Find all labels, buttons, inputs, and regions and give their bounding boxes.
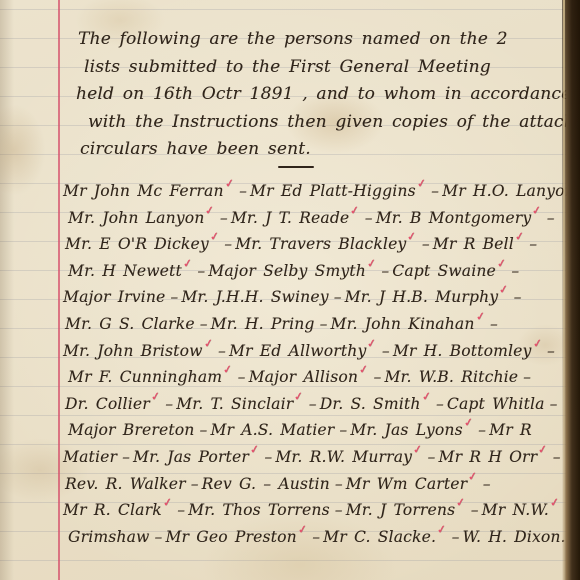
dash-separator: – — [312, 528, 320, 546]
name-line: Mr. H Newett✓–Major Selby Smyth✓–Capt Sw… — [68, 259, 568, 286]
name-entry: Capt Swaine — [392, 262, 496, 280]
dash-separator: – — [238, 368, 246, 386]
dash-separator: – — [335, 475, 343, 493]
dash-separator: – — [199, 421, 207, 439]
name-line: Mr R. Clark✓–Mr. Thos Torrens–Mr. J Torr… — [63, 498, 568, 525]
dash-separator: – — [197, 262, 205, 280]
name-entry: Mr R. Clark — [63, 501, 162, 519]
dash-separator: – — [320, 315, 328, 333]
dash-separator: – — [339, 421, 347, 439]
name-entry: Mr Geo Preston — [165, 528, 296, 546]
dash-separator: – — [239, 182, 247, 200]
dash-separator: – — [547, 342, 555, 360]
name-line: Mr. G S. Clarke–Mr. H. Pring–Mr. John Ki… — [65, 312, 568, 339]
name-entry: Major Selby Smyth — [208, 262, 366, 280]
checkmark-icon: ✓ — [415, 170, 428, 197]
checkmark-icon: ✓ — [223, 170, 236, 197]
name-entry: Mr. J T. Reade — [231, 209, 349, 227]
dash-separator: – — [428, 448, 436, 466]
dash-separator: – — [264, 448, 272, 466]
name-entry: Mr A.S. Matier — [210, 421, 334, 439]
dash-separator: – — [483, 475, 491, 493]
name-entry: Mr. R.W. Murray — [275, 448, 412, 466]
name-entry: Grimshaw — [68, 528, 150, 546]
dash-separator: – — [122, 448, 130, 466]
dash-separator: – — [550, 395, 558, 413]
dash-separator: – — [382, 342, 390, 360]
name-entry: Dr. S. Smith — [320, 395, 421, 413]
name-line: Mr. John Bristow✓–Mr Ed Allworthy✓–Mr H.… — [63, 339, 568, 366]
dash-separator: – — [191, 475, 199, 493]
names-list: Mr John Mc Ferran✓–Mr Ed Platt-Higgins✓–… — [63, 179, 568, 551]
intro-line-2: lists submitted to the First General Mee… — [84, 54, 570, 82]
dash-separator: – — [381, 262, 389, 280]
name-entry: Mr Ed Allworthy — [229, 342, 366, 360]
dash-separator: – — [471, 501, 479, 519]
name-entry: Dr. Collier — [65, 395, 150, 413]
name-entry: Mr N.W. — [482, 501, 549, 519]
name-entry: Mr Wm Carter — [346, 475, 468, 493]
dash-separator: – — [478, 421, 486, 439]
name-entry: Matier — [63, 448, 117, 466]
dash-separator: – — [452, 528, 460, 546]
dash-separator: – — [365, 209, 373, 227]
dash-separator: – — [514, 288, 522, 306]
dash-separator: – — [334, 288, 342, 306]
name-line: Major Irvine–Mr. J.H.H. Swiney–Mr. J H.B… — [63, 285, 568, 312]
name-line: Dr. Collier✓–Mr. T. Sinclair✓–Dr. S. Smi… — [65, 392, 568, 419]
name-entry: Mr H.O. Lanyon — [442, 182, 575, 200]
intro-line-1: The following are the persons named on t… — [78, 26, 570, 54]
red-margin-line — [58, 0, 60, 580]
name-entry: Major Brereton — [68, 421, 194, 439]
name-line: Grimshaw–Mr Geo Preston✓–Mr C. Slacke.✓–… — [68, 525, 568, 552]
dash-separator: – — [523, 368, 531, 386]
dash-separator: – — [155, 528, 163, 546]
name-entry: Mr. John Kinahan — [331, 315, 475, 333]
intro-paragraph: The following are the persons named on t… — [78, 26, 570, 168]
name-entry: Mr. Travers Blackley — [235, 235, 406, 253]
name-entry: W. H. Dixon. — [463, 528, 566, 546]
book-binding-edge — [562, 0, 580, 580]
dash-separator: – — [177, 501, 185, 519]
intro-line-3: held on 16th Octr 1891 , and to whom in … — [76, 81, 570, 109]
name-line: Major Brereton–Mr A.S. Matier–Mr. Jas Ly… — [68, 418, 568, 445]
name-entry: Mr. H. Pring — [211, 315, 315, 333]
name-entry: Mr. H Newett — [68, 262, 182, 280]
intro-line-4: with the Instructions then given copies … — [88, 109, 570, 137]
name-entry: Mr. T. Sinclair — [176, 395, 293, 413]
dash-separator: – — [220, 209, 228, 227]
name-entry: Mr. John Lanyon — [68, 209, 204, 227]
name-line: Mr John Mc Ferran✓–Mr Ed Platt-Higgins✓–… — [63, 179, 568, 206]
dash-separator: – — [529, 235, 537, 253]
name-entry: Mr H. Bottomley — [393, 342, 532, 360]
name-line: Mr. John Lanyon✓–Mr. J T. Reade✓–Mr. B M… — [68, 206, 568, 233]
dash-separator: – — [374, 368, 382, 386]
name-entry: Rev G. – Austin — [202, 475, 330, 493]
dash-separator: – — [553, 448, 561, 466]
dash-separator: – — [165, 395, 173, 413]
dash-separator: – — [309, 395, 317, 413]
name-entry: Mr C. Slacke. — [323, 528, 436, 546]
dash-separator: – — [547, 209, 555, 227]
page-edge-highlight — [563, 0, 565, 580]
name-entry: Mr F. Cunningham — [68, 368, 222, 386]
name-entry: Mr. G S. Clarke — [65, 315, 195, 333]
notebook-page: The following are the persons named on t… — [0, 0, 580, 580]
name-entry: Mr. John Bristow — [63, 342, 203, 360]
name-entry: Mr. Jas Lyons — [350, 421, 462, 439]
dash-separator: – — [436, 395, 444, 413]
name-entry: Mr. J.H.H. Swiney — [181, 288, 328, 306]
name-line: Rev. R. Walker–Rev G. – Austin–Mr Wm Car… — [65, 472, 568, 499]
name-line: Mr F. Cunningham✓–Major Allison✓–Mr. W.B… — [68, 365, 568, 392]
dash-separator: – — [511, 262, 519, 280]
name-entry: Mr John Mc Ferran — [63, 182, 224, 200]
name-entry: Major Irvine — [63, 288, 165, 306]
name-entry: Mr Ed Platt-Higgins — [250, 182, 416, 200]
dash-separator: – — [431, 182, 439, 200]
dash-separator: – — [422, 235, 430, 253]
name-line: Matier–Mr. Jas Porter✓–Mr. R.W. Murray✓–… — [63, 445, 568, 472]
name-entry: Mr. W.B. Ritchie — [384, 368, 518, 386]
intro-line-5: circulars have been sent. — [80, 136, 570, 164]
name-entry: Major Allison — [249, 368, 359, 386]
name-entry: Mr R — [489, 421, 532, 439]
dash-separator: – — [490, 315, 498, 333]
name-entry: Mr. B Montgomery — [376, 209, 532, 227]
dash-separator: – — [170, 288, 178, 306]
name-entry: Mr. Jas Porter — [133, 448, 249, 466]
closing-underline — [278, 166, 314, 169]
name-entry: Mr. Thos Torrens — [188, 501, 330, 519]
name-line: Mr. E O'R Dickey✓–Mr. Travers Blackley✓–… — [65, 232, 568, 259]
dash-separator: – — [335, 501, 343, 519]
dash-separator: – — [224, 235, 232, 253]
name-entry: Mr R H Orr — [439, 448, 538, 466]
